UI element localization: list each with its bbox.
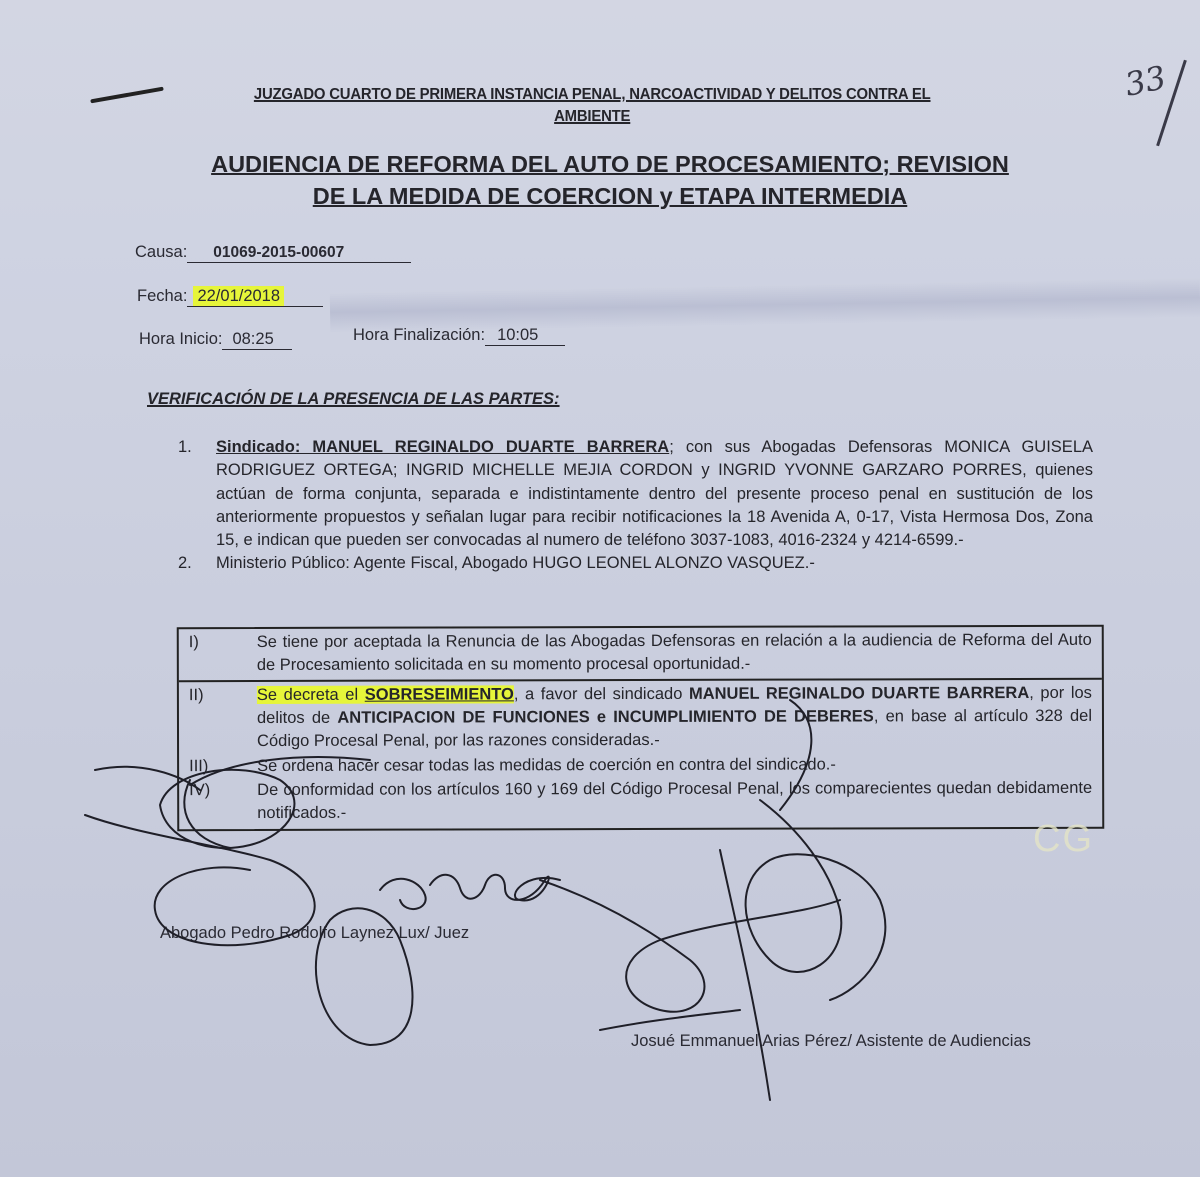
resolution-text: Se ordena hacer cesar todas las medidas … [257,753,1092,778]
hora-fin-label: Hora Finalización: [353,326,485,344]
fecha-value: 22/01/2018 [193,286,284,306]
causa-value: 01069-2015-00607 [187,243,411,263]
resolutions-table: I) Se tiene por aceptada la Renuncia de … [177,625,1105,832]
resolution-row-2: II) Se decreta el SOBRESEIMIENTO, a favo… [179,677,1102,755]
party-number: 1. [178,436,216,552]
hearing-title: AUDIENCIA DE REFORMA DEL AUTO DE PROCESA… [140,148,1080,212]
party-item-1: 1. Sindicado: MANUEL REGINALDO DUARTE BA… [178,436,1093,552]
assistant-signature-line: Josué Emmanuel Arias Pérez/ Asistente de… [631,1032,1031,1051]
hearing-title-line2: DE LA MEDIDA DE COERCION y ETAPA INTERME… [313,183,908,209]
watermark: CG [1033,818,1094,861]
court-header-line2: AMBIENTE [554,108,630,125]
handwritten-folio-number: 33 [1121,58,1169,104]
signature-stroke [380,875,560,909]
hora-fin-value: 10:05 [485,326,565,346]
causa-label: Causa: [135,243,187,261]
sobreseimiento-term: SOBRESEIMIENTO [365,685,514,703]
resolution-row-1: I) Se tiene por aceptada la Renuncia de … [179,627,1102,680]
defendant-name-bold: MANUEL REGINALDO DUARTE BARRERA [689,684,1029,703]
resolution-numeral: I) [189,631,257,678]
party-item-2: 2. Ministerio Público: Agente Fiscal, Ab… [178,552,1093,575]
scanned-document-page: 33 JUZGADO CUARTO DE PRIMERA INSTANCIA P… [0,0,1200,1177]
hearing-title-line1: AUDIENCIA DE REFORMA DEL AUTO DE PROCESA… [211,151,1009,177]
fecha-label: Fecha: [137,287,187,305]
resolution-numeral: IV) [189,779,257,826]
defendant-name: Sindicado: MANUEL REGINALDO DUARTE BARRE… [216,438,669,456]
paper-fold-shadow [330,277,1200,332]
resolution-row-4: IV) De conformidad con los artículos 160… [179,777,1102,830]
signature-stroke [600,1010,740,1030]
resolution-row-3: III) Se ordena hacer cesar todas las med… [179,753,1102,779]
judge-signature-line: Abogado Pedro Rodolfo Laynez Lux/ Juez [160,924,469,943]
resolution-numeral: III) [189,755,257,778]
causa-field: Causa:01069-2015-00607 [135,243,411,263]
court-header-line1: JUZGADO CUARTO DE PRIMERA INSTANCIA PENA… [254,86,931,103]
resolution-text: De conformidad con los artículos 160 y 1… [257,777,1092,826]
hora-inicio-value: 08:25 [222,330,292,350]
signature-stroke [540,880,840,1012]
hora-inicio-field: Hora Inicio:08:25 [139,330,292,350]
party-text: Ministerio Público: Agente Fiscal, Aboga… [216,552,815,575]
charges-bold: ANTICIPACION DE FUNCIONES e INCUMPLIMIEN… [337,707,874,726]
party-number: 2. [178,552,216,575]
hora-inicio-label: Hora Inicio: [139,330,222,348]
resolution-text: Se tiene por aceptada la Renuncia de las… [257,629,1092,678]
resolution-numeral: II) [189,684,257,754]
parties-list: 1. Sindicado: MANUEL REGINALDO DUARTE BA… [178,436,1093,576]
resolution-text-part: , a favor del sindicado [514,684,689,702]
highlighted-phrase: Se decreta el SOBRESEIMIENTO [257,685,514,704]
pen-dash-mark [90,87,164,104]
court-header: JUZGADO CUARTO DE PRIMERA INSTANCIA PENA… [165,84,1019,128]
signature-stroke [720,850,770,1100]
resolution-text-part: Se decreta el [257,685,365,703]
hora-fin-field: Hora Finalización:10:05 [353,326,565,346]
section-heading-parties: VERIFICACIÓN DE LA PRESENCIA DE LAS PART… [147,390,560,409]
fecha-field: Fecha:22/01/2018 [137,287,323,307]
